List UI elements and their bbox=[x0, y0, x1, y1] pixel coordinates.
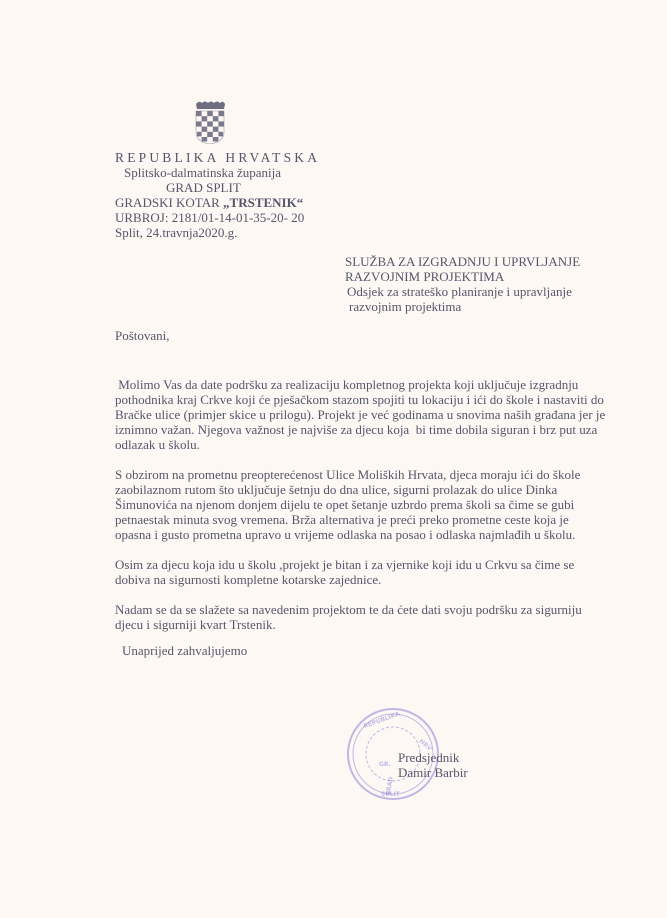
croatian-coat-of-arms-icon bbox=[193, 100, 227, 144]
paragraph-line: dobiva na sigurnosti kompletne kotarske … bbox=[115, 572, 620, 587]
recipient-line: razvojnim projektima bbox=[349, 299, 580, 314]
place-date: Split, 24.travnja2020.g. bbox=[115, 225, 237, 240]
paragraph-line: Osim za djecu koja idu u školu ,projekt … bbox=[115, 557, 620, 572]
recipient-line: RAZVOJNIM PROJEKTIMA bbox=[345, 269, 580, 284]
paragraph: Nadam se da se slažete sa navedenim proj… bbox=[115, 602, 620, 632]
paragraph: Molimo Vas da date podršku za realizacij… bbox=[115, 377, 620, 452]
recipient-line: SLUŽBA ZA IZGRADNJU I UPRVLJANJE bbox=[345, 254, 580, 269]
district-title: „TRSTENIK“ bbox=[223, 195, 303, 210]
paragraph-line: Molimo Vas da date podršku za realizacij… bbox=[115, 377, 620, 392]
recipient-line: Odsjek za strateško planiranje i upravlj… bbox=[347, 284, 580, 299]
paragraph-line: opasna i gusto prometna upravo u vrijeme… bbox=[115, 527, 620, 542]
signatory-name: Damir Barbir bbox=[398, 765, 468, 780]
closing: Unaprijed zahvaljujemo bbox=[122, 643, 247, 659]
country-name: REPUBLIKA HRVATSKA bbox=[115, 150, 320, 165]
paragraph-line: zaobilaznom rutom što uključuje šetnju d… bbox=[115, 482, 620, 497]
svg-text:SPLIT: SPLIT bbox=[381, 791, 401, 798]
district-prefix: GRADSKI KOTAR bbox=[115, 195, 223, 210]
paragraph-line: petnaestak minuta svog vremena. Brža alt… bbox=[115, 512, 620, 527]
svg-text:REPUBLIKA: REPUBLIKA bbox=[363, 710, 401, 730]
recipient-block: SLUŽBA ZA IZGRADNJU I UPRVLJANJE RAZVOJN… bbox=[345, 254, 580, 314]
paragraph: S obzirom na prometnu preopterećenost Ul… bbox=[115, 467, 620, 542]
signatory-title: Predsjednik bbox=[398, 750, 468, 765]
paragraph-line: Šimunovića na njenom donjem dijelu te op… bbox=[115, 497, 620, 512]
paragraph-line: Bračke ulice (primjer skice u prilogu). … bbox=[115, 407, 620, 422]
svg-text:GR.: GR. bbox=[379, 761, 391, 768]
paragraph-line: iznimno važan. Njegova važnost je najviš… bbox=[115, 422, 620, 437]
greeting: Poštovani, bbox=[115, 328, 170, 344]
reference-number: URBROJ: 2181/01-14-01-35-20- 20 bbox=[115, 210, 304, 225]
paragraph-line: pothodnika kraj Crkve koji će pješačkom … bbox=[115, 392, 620, 407]
paragraph: Osim za djecu koja idu u školu ,projekt … bbox=[115, 557, 620, 587]
district-name: GRADSKI KOTAR „TRSTENIK“ bbox=[115, 195, 303, 210]
paragraph-line: odlazak u školu. bbox=[115, 437, 620, 452]
paragraph-line: djecu i sigurniji kvart Trstenik. bbox=[115, 617, 620, 632]
paragraph-line: Nadam se da se slažete sa navedenim proj… bbox=[115, 602, 620, 617]
signature-block: Predsjednik Damir Barbir bbox=[398, 750, 468, 780]
city-name: GRAD SPLIT bbox=[166, 180, 241, 195]
paragraph-line: S obzirom na prometnu preopterećenost Ul… bbox=[115, 467, 620, 482]
county-name: Splitsko-dalmatinska županija bbox=[124, 165, 281, 180]
